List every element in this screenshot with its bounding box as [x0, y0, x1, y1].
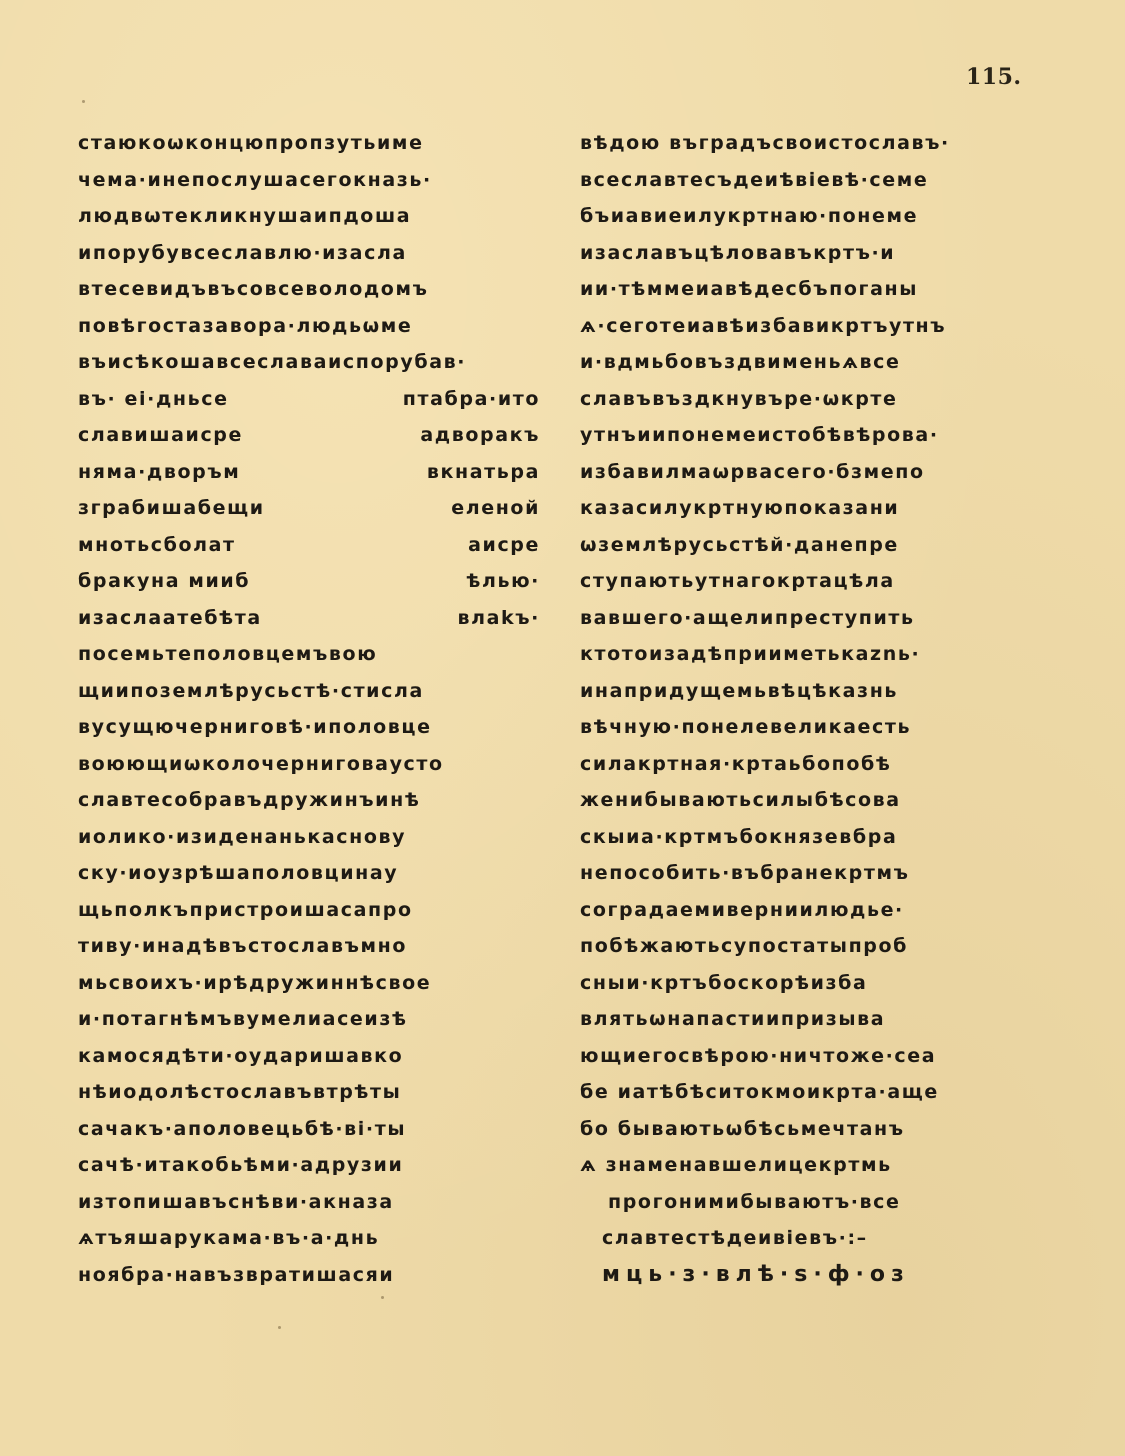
text-line: иолико·изиденанькаснову — [78, 822, 540, 859]
text-line-right-segment: ѣлью· — [466, 566, 540, 603]
page-number: 115. — [966, 64, 1022, 90]
text-line: бе иатѣбѣситокмоикрта·аще — [580, 1077, 1050, 1114]
text-line: соградаемиверниилюдье· — [580, 895, 1050, 932]
text-line-left-segment: мнотьсболат — [78, 530, 236, 567]
text-line: утнъиипонемеистобѣвѣрова· — [580, 420, 1050, 457]
text-line: ѧтъяшарукама·въ·а·днь — [78, 1223, 540, 1260]
text-line-left-segment: зграбишабещи — [78, 493, 265, 530]
text-line: вѣдою въградъсвоистославъ· — [580, 128, 1050, 165]
text-line-right-segment: птабра·ито — [403, 384, 540, 421]
text-line: изаслаатебѣтавлаkъ· — [78, 603, 540, 640]
text-line: бо бываютьѡбѣсьмечтанъ — [580, 1114, 1050, 1151]
text-line: всеславтесъдеиѣвіевѣ·семе — [580, 165, 1050, 202]
text-line: чема·инепослушасегокназь· — [78, 165, 540, 202]
text-line: изтопишавъснѣви·акназа — [78, 1187, 540, 1224]
text-line: ступаютьутнагокртацѣла — [580, 566, 1050, 603]
text-line: нѣиодолѣстославъвтрѣты — [78, 1077, 540, 1114]
text-line-right-segment: аисре — [468, 530, 540, 567]
text-line: изаславъцѣловавъкртъ·и — [580, 238, 1050, 275]
text-line-left-segment: въ· ei·дньсе — [78, 384, 229, 421]
text-line: ии·тѣммеиавѣдесбъпоганы — [580, 274, 1050, 311]
text-line: стаюкоѡконцюпропзутьиме — [78, 128, 540, 165]
text-line: избавилмаѡрвасего·бзмепо — [580, 457, 1050, 494]
text-line: сныи·кртъбоскорѣизба — [580, 968, 1050, 1005]
text-line-left-segment: бракуна мииб — [78, 566, 250, 603]
colophon-date-line: мць·з·влѣ·ѕ·ф·оз — [580, 1260, 1050, 1297]
text-line: славтестѣдеивіевъ·:– — [580, 1223, 1050, 1260]
paper-speck — [82, 100, 85, 103]
text-line: ющиегосвѣрою·ничтоже·сеа — [580, 1041, 1050, 1078]
text-line: мьсвоихъ·ирѣдружиннѣсвое — [78, 968, 540, 1005]
text-line: вусущючерниговѣ·иполовце — [78, 712, 540, 749]
text-line: втесевидъвъсовсеволодомъ — [78, 274, 540, 311]
text-line: мнотьсболатаисре — [78, 530, 540, 567]
text-line: повѣгостазавора·людьѡме — [78, 311, 540, 348]
text-line: непособить·въбранекртмъ — [580, 858, 1050, 895]
text-line-left-segment: изаслаатебѣта — [78, 603, 262, 640]
text-line: и·вдмьбовъздвименьѧвсе — [580, 347, 1050, 384]
text-line: ску·иоузрѣшаполовцинау — [78, 858, 540, 895]
text-line: ипорубувсеславлю·изасла — [78, 238, 540, 275]
text-line: сачѣ·итакобьѣми·адрузии — [78, 1150, 540, 1187]
text-line-right-segment: влаkъ· — [458, 603, 541, 640]
text-line: вавшего·ащелипреступить — [580, 603, 1050, 640]
text-line: ктотоизадѣприиметькаznь· — [580, 639, 1050, 676]
left-text-column: стаюкоѡконцюпропзутьимечема·инепослушасе… — [78, 128, 540, 1296]
text-line: камосядѣти·оударишавко — [78, 1041, 540, 1078]
text-line: щиипоземлѣрусьстѣ·стисла — [78, 676, 540, 713]
text-line: посемьтеполовцемъвою — [78, 639, 540, 676]
text-line: ѧ знаменавшелицекртмь — [580, 1150, 1050, 1187]
text-line: ѡземлѣрусьстѣй·данепре — [580, 530, 1050, 567]
text-line: и·потагнѣмъвумелиасеизѣ — [78, 1004, 540, 1041]
text-line: ѧ·сеготеиавѣизбавикртъутнъ — [580, 311, 1050, 348]
text-line: бъиавиеилукртнаю·понеме — [580, 201, 1050, 238]
text-line: инапридущемьвѣцѣказнь — [580, 676, 1050, 713]
text-line: людвѡтекликнушаипдоша — [78, 201, 540, 238]
text-line: вѣчную·понелевеликаесть — [580, 712, 1050, 749]
text-line: няма·дворъмвкнатьра — [78, 457, 540, 494]
text-line: женибываютьсилыбѣсова — [580, 785, 1050, 822]
text-line: казасилукртнуюпоказани — [580, 493, 1050, 530]
text-line: силакртная·кртаьбопобѣ — [580, 749, 1050, 786]
paper-speck — [381, 1296, 384, 1299]
text-line: бракуна миибѣлью· — [78, 566, 540, 603]
text-line: щьполкъпристроишасапро — [78, 895, 540, 932]
text-line-right-segment: вкнатьра — [427, 457, 540, 494]
paper-speck — [278, 1326, 281, 1329]
text-line: прогонимибываютъ·все — [580, 1187, 1050, 1224]
text-line: въисѣкошавсеславаиспорубав· — [78, 347, 540, 384]
text-line: влятьѡнапастиипризыва — [580, 1004, 1050, 1041]
text-line: воюющиѡколочерниговаусто — [78, 749, 540, 786]
right-text-column: вѣдою въградъсвоистославъ·всеславтесъдеи… — [580, 128, 1050, 1296]
text-line: побѣжаютьсупостатыпроб — [580, 931, 1050, 968]
text-line: въ· ei·дньсептабра·ито — [78, 384, 540, 421]
text-line: славъвъздкнувъре·ѡкрте — [580, 384, 1050, 421]
text-line: тиву·инадѣвъстославъмно — [78, 931, 540, 968]
text-line: ноябра·навъзвратишасяи — [78, 1260, 540, 1297]
text-line-left-segment: няма·дворъм — [78, 457, 240, 494]
text-line: славишаисреадворакъ — [78, 420, 540, 457]
text-line: славтесобравъдружинъинѣ — [78, 785, 540, 822]
text-line-left-segment: славишаисре — [78, 420, 243, 457]
text-line-right-segment: еленой — [451, 493, 540, 530]
text-line: зграбишабещиеленой — [78, 493, 540, 530]
text-line-right-segment: адворакъ — [420, 420, 540, 457]
text-line: скыиа·кртмъбокнязевбра — [580, 822, 1050, 859]
text-line: сачакъ·аполовецьбѣ·ві·ты — [78, 1114, 540, 1151]
